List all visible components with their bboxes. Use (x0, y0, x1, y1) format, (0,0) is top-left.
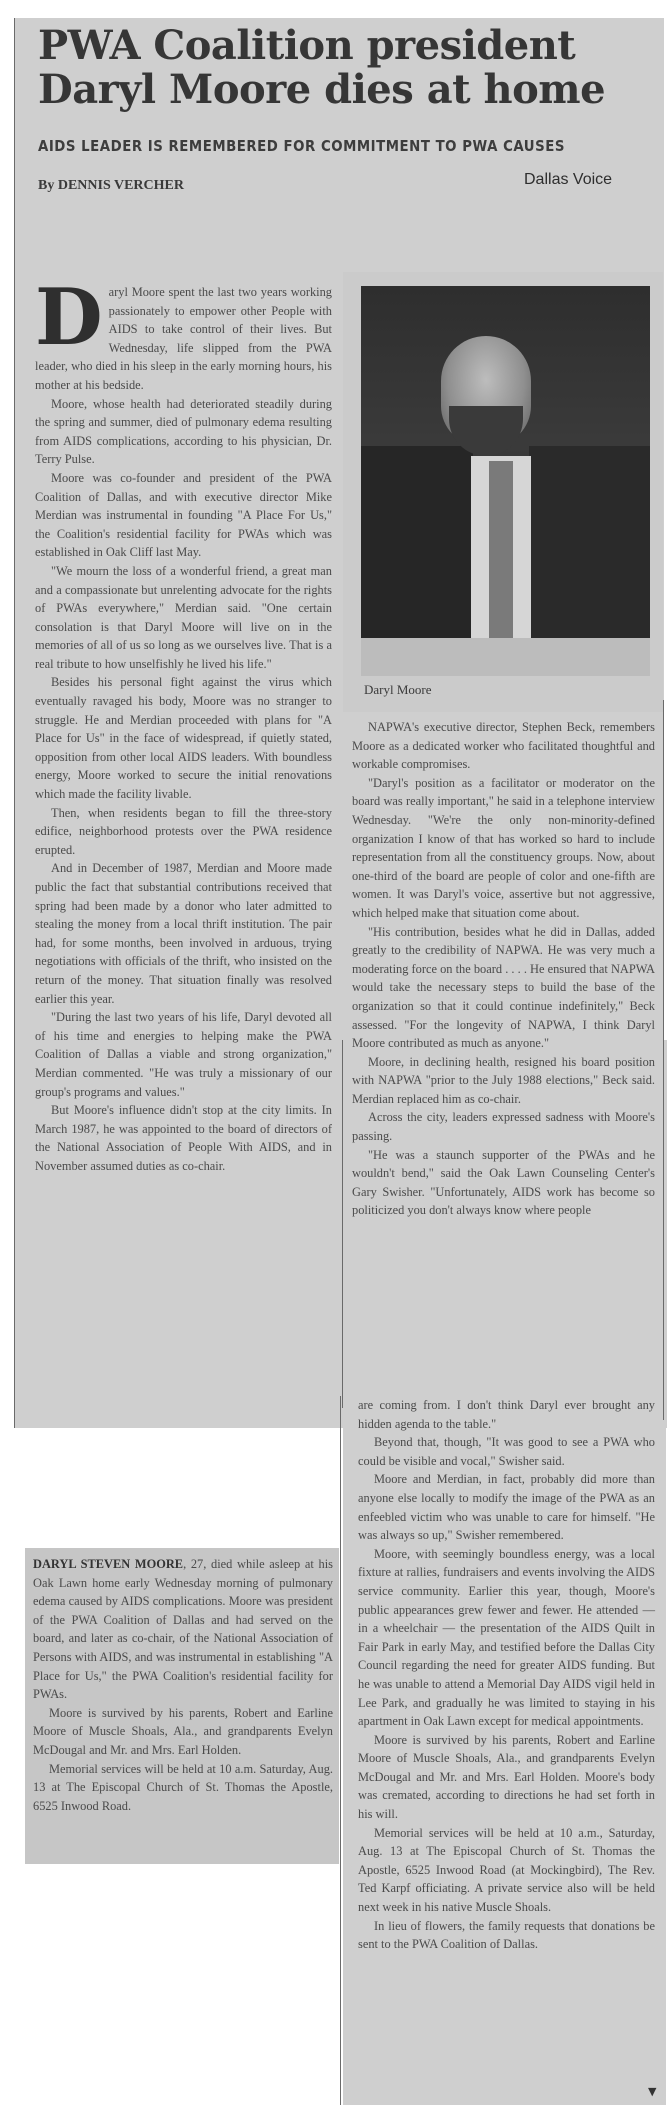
obituary-name: DARYL STEVEN MOORE (33, 1557, 183, 1571)
photo-caption: Daryl Moore (364, 682, 432, 698)
obituary-lead-text: , 27, died while asleep at his Oak Lawn … (33, 1557, 333, 1701)
obituary-text: DARYL STEVEN MOORE, 27, died while aslee… (33, 1555, 333, 1815)
obituary-lead: DARYL STEVEN MOORE, 27, died while aslee… (33, 1555, 333, 1704)
paragraph: Moore was co-founder and president of th… (35, 469, 332, 562)
paragraph: Moore and Merdian, in fact, probably did… (358, 1470, 655, 1544)
headline: PWA Coalition president Daryl Moore dies… (38, 24, 658, 112)
paragraph: "We mourn the loss of a wonderful friend… (35, 562, 332, 674)
paragraph: "Daryl's position as a facilitator or mo… (352, 774, 655, 923)
paragraph: Moore, in declining health, resigned his… (352, 1053, 655, 1109)
right-border-rule (663, 700, 664, 1420)
photo-table (361, 638, 650, 676)
paragraph: NAPWA's executive director, Stephen Beck… (352, 718, 655, 774)
paragraph: Besides his personal fight against the v… (35, 673, 332, 803)
article-column-right: NAPWA's executive director, Stephen Beck… (352, 718, 655, 1220)
paragraph: Moore is survived by his parents, Robert… (33, 1704, 333, 1760)
paragraph: Moore, whose health had deteriorated ste… (35, 395, 332, 469)
left-border-rule (14, 18, 15, 1428)
drop-cap: D (35, 287, 103, 349)
subheadline: AIDS LEADER IS REMEMBERED FOR COMMITMENT… (38, 137, 571, 155)
paragraph: "During the last two years of his life, … (35, 1008, 332, 1101)
paragraph: Memorial services will be held at 10 a.m… (358, 1824, 655, 1917)
paragraph: Then, when residents began to fill the t… (35, 804, 332, 860)
byline: By DENNIS VERCHER (38, 178, 184, 194)
paragraph: In lieu of flowers, the family requests … (358, 1917, 655, 1954)
headline-line-1: PWA Coalition president (38, 22, 575, 69)
article-column-left: Daryl Moore spent the last two years wor… (35, 283, 332, 1176)
article-column-continuation: are coming from. I don't think Daryl eve… (358, 1396, 655, 1954)
continuation-border-rule (340, 1396, 341, 2105)
lead-paragraph: Daryl Moore spent the last two years wor… (35, 283, 332, 395)
paragraph: "He was a staunch supporter of the PWAs … (352, 1146, 655, 1220)
paragraph: Across the city, leaders expressed sadne… (352, 1108, 655, 1145)
portrait-photo (361, 286, 650, 676)
publication-name: Dallas Voice (524, 171, 612, 189)
paragraph: Beyond that, though, "It was good to see… (358, 1433, 655, 1470)
paragraph: But Moore's influence didn't stop at the… (35, 1101, 332, 1175)
headline-line-2: Daryl Moore dies at home (38, 66, 605, 113)
end-of-article-icon: ▼ (648, 2085, 656, 2098)
paragraph: "His contribution, besides what he did i… (352, 923, 655, 1053)
paragraph: are coming from. I don't think Daryl eve… (358, 1396, 655, 1433)
paragraph: Memorial services will be held at 10 a.m… (33, 1760, 333, 1816)
paragraph: Moore is survived by his parents, Robert… (358, 1731, 655, 1824)
paragraph: Moore, with seemingly boundless energy, … (358, 1545, 655, 1731)
column-divider-rule (342, 1040, 343, 1408)
paragraph: And in December of 1987, Merdian and Moo… (35, 859, 332, 1008)
